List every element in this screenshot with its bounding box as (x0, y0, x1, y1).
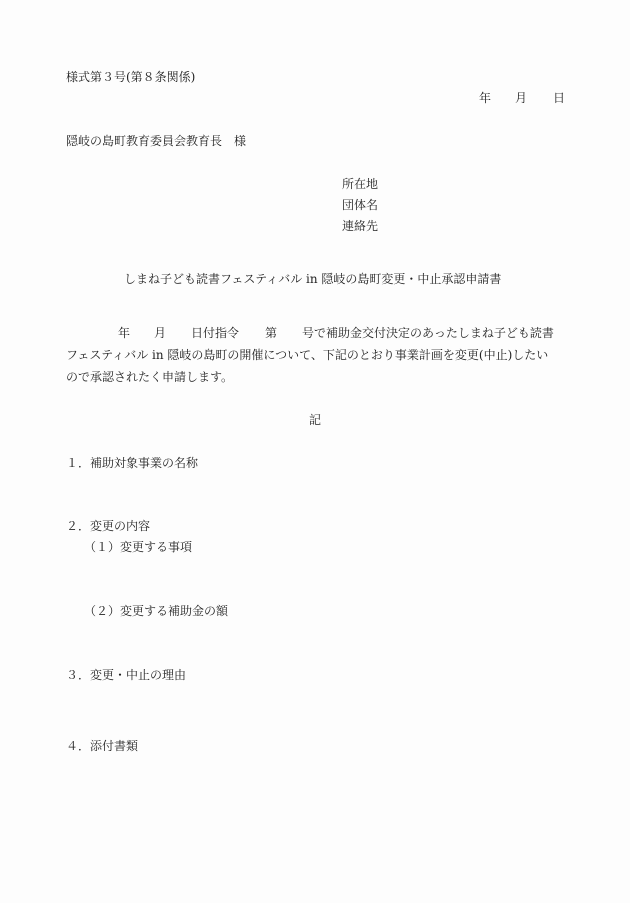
form-number: 様式第３号(第８条関係) (66, 70, 195, 84)
document-title: しまね子ども読書フェスティバル in 隠岐の島町変更・中止承認申請書 (124, 272, 501, 286)
body-number-prefix: 第 (265, 326, 277, 340)
body-line2: フェスティバル in 隠岐の島町の開催について、下記のとおり事業計画を変更(中止… (66, 348, 548, 362)
body-line3: ので承認されたく申請します。 (66, 370, 233, 384)
body-month: 月 (154, 326, 166, 340)
date-year: 年 (479, 91, 491, 105)
item-2-2: （２）変更する補助金の額 (84, 604, 228, 618)
ki-heading: 記 (309, 413, 321, 427)
item-3: ３．変更・中止の理由 (66, 668, 186, 682)
body-year: 年 (118, 326, 130, 340)
field-address: 所在地 (342, 177, 378, 191)
item-2-1: （１）変更する事項 (84, 540, 192, 554)
body-line1-rest: 号で補助金交付決定のあったしまね子ども読書 (302, 326, 554, 340)
item-1: １．補助対象事業の名称 (66, 456, 198, 470)
item-4: ４．添付書類 (66, 739, 138, 753)
date-month: 月 (515, 91, 527, 105)
addressee: 隠岐の島町教育委員会教育長 様 (66, 134, 246, 148)
field-organization: 団体名 (342, 198, 378, 212)
date-day: 日 (553, 91, 565, 105)
body-date-directive: 日付指令 (191, 326, 239, 340)
item-2: ２．変更の内容 (66, 519, 150, 533)
field-contact: 連絡先 (342, 219, 378, 233)
